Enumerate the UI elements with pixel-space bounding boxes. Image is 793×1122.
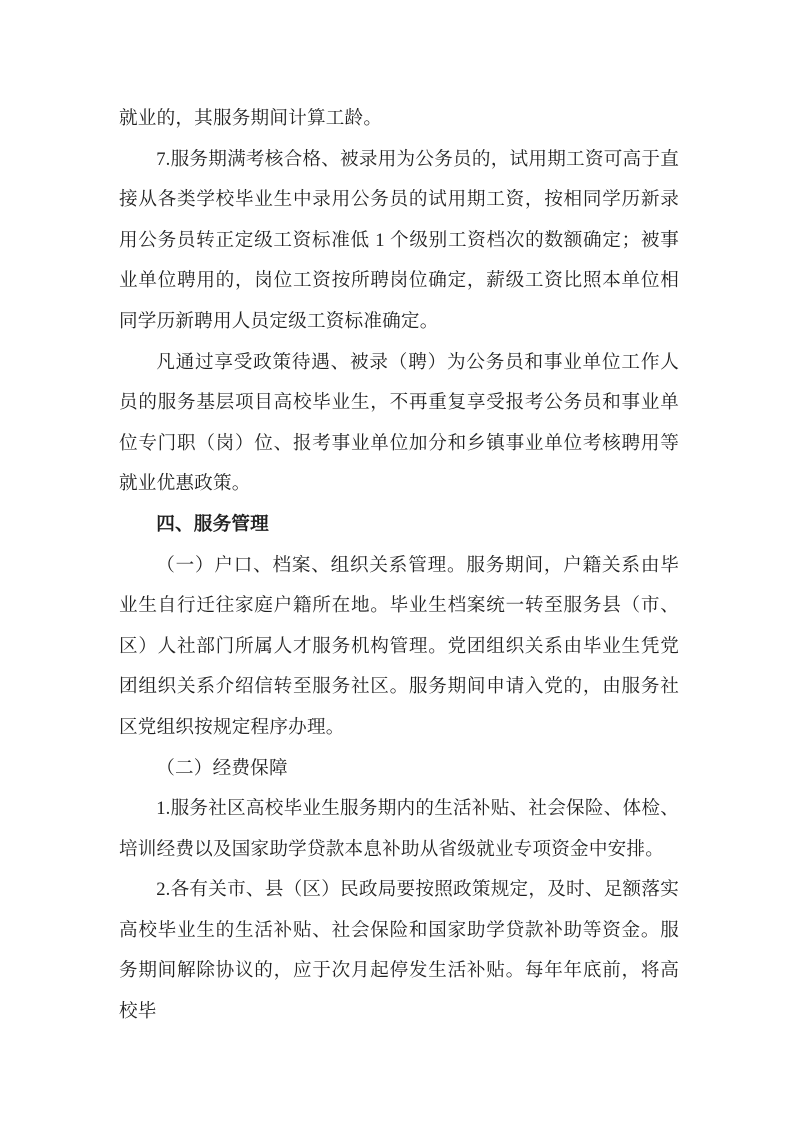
paragraph-hukou-archives-party-relations: （一）户口、档案、组织关系管理。服务期间，户籍关系由毕业生自行迁往家庭户籍所在地… <box>119 546 679 749</box>
subheading-funding-guarantee: （二）经费保障 <box>119 749 679 790</box>
paragraph-item-7-probation-salary: 7.服务期满考核合格、被录用为公务员的，试用期工资可高于直接从各类学校毕业生中录… <box>119 140 679 343</box>
document-body: 就业的，其服务期间计算工龄。 7.服务期满考核合格、被录用为公务员的，试用期工资… <box>119 99 679 1033</box>
paragraph-service-tenure-continued: 就业的，其服务期间计算工龄。 <box>119 99 679 140</box>
paragraph-funding-item-2: 2.各有关市、县（区）民政局要按照政策规定，及时、足额落实高校毕业生的生活补贴、… <box>119 870 679 1032</box>
paragraph-funding-item-1: 1.服务社区高校毕业生服务期内的生活补贴、社会保险、体检、培训经费以及国家助学贷… <box>119 789 679 870</box>
paragraph-no-duplicate-benefits: 凡通过享受政策待遇、被录（聘）为公务员和事业单位工作人员的服务基层项目高校毕业生… <box>119 343 679 505</box>
section-heading-service-management: 四、服务管理 <box>119 505 679 546</box>
document-page: 就业的，其服务期间计算工龄。 7.服务期满考核合格、被录用为公务员的，试用期工资… <box>0 0 793 1122</box>
